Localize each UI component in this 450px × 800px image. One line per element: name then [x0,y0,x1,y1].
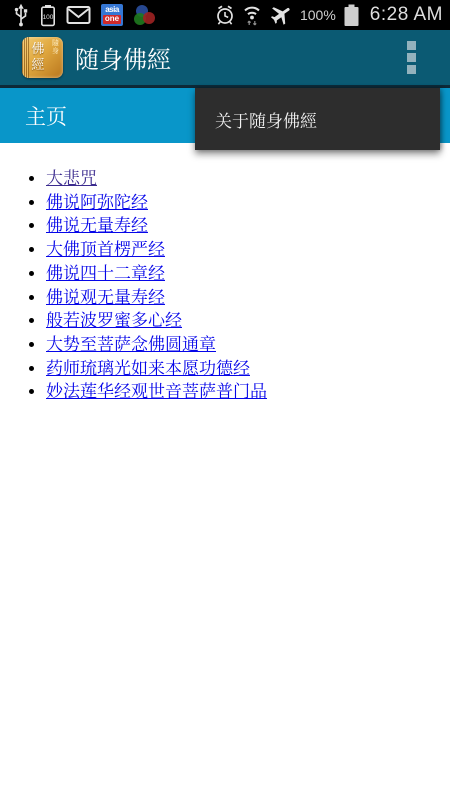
alarm-icon [215,4,235,26]
gmail-icon [66,5,91,25]
wifi-icon [242,3,262,27]
app-title: 随身佛經 [75,40,171,75]
sutra-link[interactable]: 佛说阿弥陀经 [46,193,148,212]
list-item: 佛说四十二章经 [46,262,450,286]
menu-item-about[interactable]: 关于随身佛經 [215,107,317,132]
sutra-link[interactable]: 佛说四十二章经 [46,264,165,283]
battery-full-icon [343,4,360,27]
app-icon-spine [22,37,29,78]
app-icon[interactable]: 佛經 隨身 [22,37,63,78]
sutra-link[interactable]: 大佛顶首楞严经 [46,240,165,259]
sutra-link[interactable]: 药师琉璃光如来本愿功德经 [46,359,250,378]
sutra-link[interactable]: 般若波罗蜜多心经 [46,311,182,330]
svg-text:100: 100 [43,14,54,21]
popup-menu: 关于随身佛經 [195,88,440,150]
list-item: 般若波罗蜜多心经 [46,309,450,333]
sutra-link[interactable]: 佛说观无量寿经 [46,288,165,307]
sutra-link[interactable]: 大势至菩萨念佛圆通章 [46,335,216,354]
action-bar: 佛經 隨身 随身佛經 [0,30,450,85]
asiaone-icon: asia one [101,4,123,26]
list-item: 妙法莲华经观世音菩萨普门品 [46,380,450,404]
status-bar: 100 asia one [0,0,450,30]
list-item: 药师琉璃光如来本愿功德经 [46,357,450,381]
list-item: 大佛顶首楞严经 [46,238,450,262]
sutra-link[interactable]: 妙法莲华经观世音菩萨普门品 [46,382,267,401]
airplane-mode-icon [269,3,293,27]
content-area: 大悲咒佛说阿弥陀经佛说无量寿经大佛顶首楞严经佛说四十二章经佛说观无量寿经般若波罗… [0,143,450,800]
asiaone-text: one [103,15,121,24]
status-bar-left: 100 asia one [12,3,156,27]
sutra-link[interactable]: 佛说无量寿经 [46,216,148,235]
color-circles-icon [133,5,156,26]
sutra-list: 大悲咒佛说阿弥陀经佛说无量寿经大佛顶首楞严经佛说四十二章经佛说观无量寿经般若波罗… [0,167,450,404]
list-item: 大势至菩萨念佛圆通章 [46,333,450,357]
battery-level-icon: 100 [40,4,56,27]
list-item: 佛说无量寿经 [46,214,450,238]
status-bar-right: 100% 6:28 AM [215,3,443,27]
clock-text: 6:28 AM [370,4,443,26]
list-item: 佛说阿弥陀经 [46,191,450,215]
list-item: 大悲咒 [46,167,450,191]
battery-percent-text: 100% [300,7,336,23]
app-icon-small-text: 隨身 [52,40,60,56]
list-item: 佛说观无量寿经 [46,286,450,310]
sutra-link[interactable]: 大悲咒 [46,169,97,188]
tab-home[interactable]: 主页 [25,101,67,131]
overflow-menu-icon[interactable] [403,37,420,78]
app-icon-text: 佛經 [31,41,45,73]
usb-icon [12,3,30,27]
asiaone-text: asia [105,6,119,14]
